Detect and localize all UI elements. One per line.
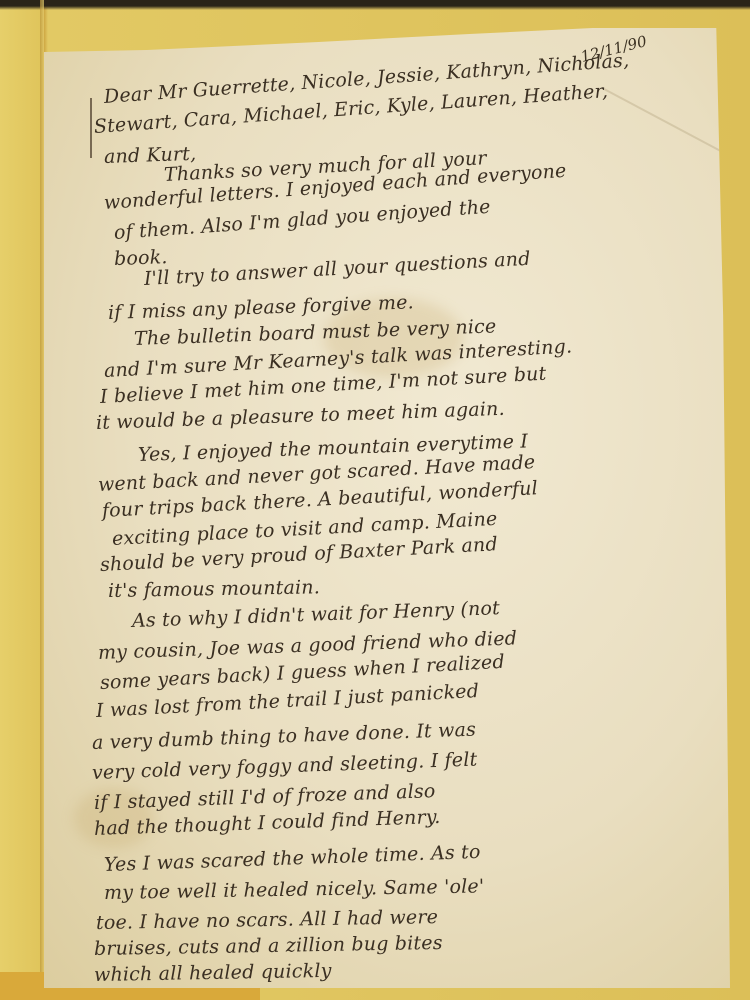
body-line: bruises, cuts and a zillion bug bites	[94, 932, 443, 960]
margin-pencil-mark	[90, 98, 92, 158]
body-line: toe. I have no scars. All I had were	[96, 906, 438, 934]
body-line: very cold very foggy and sleeting. I fel…	[92, 749, 478, 784]
body-line: it's famous mountain.	[108, 576, 320, 602]
folder-fold-line	[40, 0, 44, 1000]
body-line: I'll try to answer all your questions an…	[143, 248, 531, 290]
body-line: which all healed quickly	[94, 960, 332, 986]
body-line: As to why I didn't wait for Henry (not	[132, 597, 501, 632]
body-line: Yes I was scared the whole time. As to	[104, 841, 481, 876]
letter-paper: 12/11/90 Dear Mr Guerrette, Nicole, Jess…	[44, 28, 730, 988]
body-line: a very dumb thing to have done. It was	[92, 719, 477, 754]
body-line: my toe well it healed nicely. Same 'ole'	[104, 875, 485, 904]
